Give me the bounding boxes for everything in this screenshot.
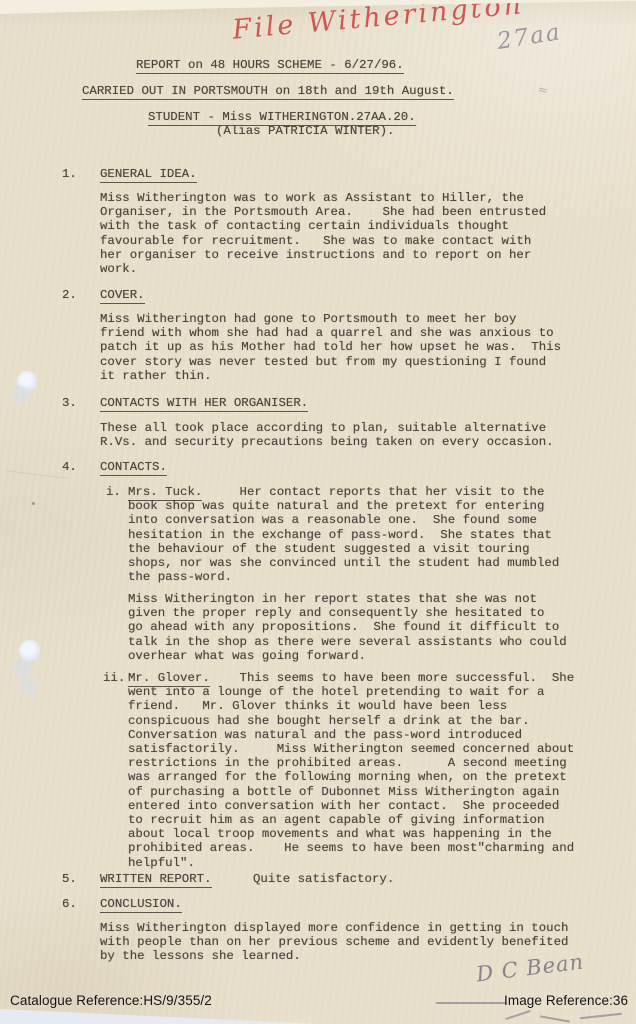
report-student-line: STUDENT - Miss WITHERINGTON.27AA.20. <box>148 110 416 124</box>
report-alias-line: (Alias PATRICIA WINTER). <box>216 124 394 138</box>
punch-hole-top-shadow <box>11 385 30 403</box>
subitem-i-text: Her contact reports that her visit to th… <box>128 485 559 584</box>
section-2-title: COVER. <box>100 288 145 302</box>
report-title-line-1: REPORT on 48 HOURS SCHEME - 6/27/96. <box>136 58 404 72</box>
punch-hole-bottom-shadow <box>12 659 32 679</box>
section-4-number: 4. <box>62 460 77 474</box>
report-title-line-2: CARRIED OUT IN PORTSMOUTH on 18th and 19… <box>82 84 454 98</box>
pencil-stroke-3 <box>580 1013 622 1019</box>
section-6-title: CONCLUSION. <box>100 897 182 911</box>
subitem-i-number: i. <box>106 485 121 499</box>
section-5-title: WRITTEN REPORT. <box>100 872 212 886</box>
section-3-title: CONTACTS WITH HER ORGANISER. <box>100 396 308 410</box>
pencil-equals-mark: = <box>536 82 549 98</box>
section-3-number: 3. <box>62 396 77 410</box>
section-1-body: Miss Witherington was to work as Assista… <box>100 191 610 276</box>
punch-hole-bottom-shadow-2 <box>19 679 37 696</box>
section-2-body: Miss Witherington had gone to Portsmouth… <box>100 312 610 383</box>
file-number-note: 27aa <box>495 19 563 55</box>
section-5-number: 5. <box>62 872 77 886</box>
subitem-ii-number: ii. <box>103 671 125 685</box>
subitem-i-body: Mrs. Tuck. Her contact reports that her … <box>128 485 624 584</box>
scanned-document: File Witherington 27aa = REPORT on 48 HO… <box>0 0 636 1024</box>
section-1-number: 1. <box>62 167 77 181</box>
subitem-ii-text: This seems to have been more successful.… <box>128 671 574 870</box>
footer-image-reference: Image Reference:36 <box>504 993 628 1008</box>
paper-speck <box>32 502 35 505</box>
section-5-remark: Quite satisfactory. <box>253 872 394 886</box>
document-page: File Witherington 27aa = REPORT on 48 HO… <box>0 0 636 1024</box>
section-3-body: These all took place according to plan, … <box>100 421 610 449</box>
section-6-number: 6. <box>62 897 77 911</box>
red-file-note: File Witherington <box>231 0 525 46</box>
pencil-stroke-2 <box>540 1015 570 1022</box>
subitem-i-paragraph-2: Miss Witherington in her report states t… <box>128 592 624 663</box>
pencil-stroke-1 <box>505 1010 530 1020</box>
section-2-number: 2. <box>62 288 77 302</box>
subitem-ii-body: Mr. Glover. This seems to have been more… <box>128 671 624 870</box>
section-4-title: CONTACTS. <box>100 460 167 474</box>
paper-crease <box>6 470 68 479</box>
section-1-title: GENERAL IDEA. <box>100 167 197 181</box>
footer-catalogue-reference: Catalogue Reference:HS/9/355/2 <box>10 993 212 1008</box>
pencil-dash <box>436 1002 506 1004</box>
